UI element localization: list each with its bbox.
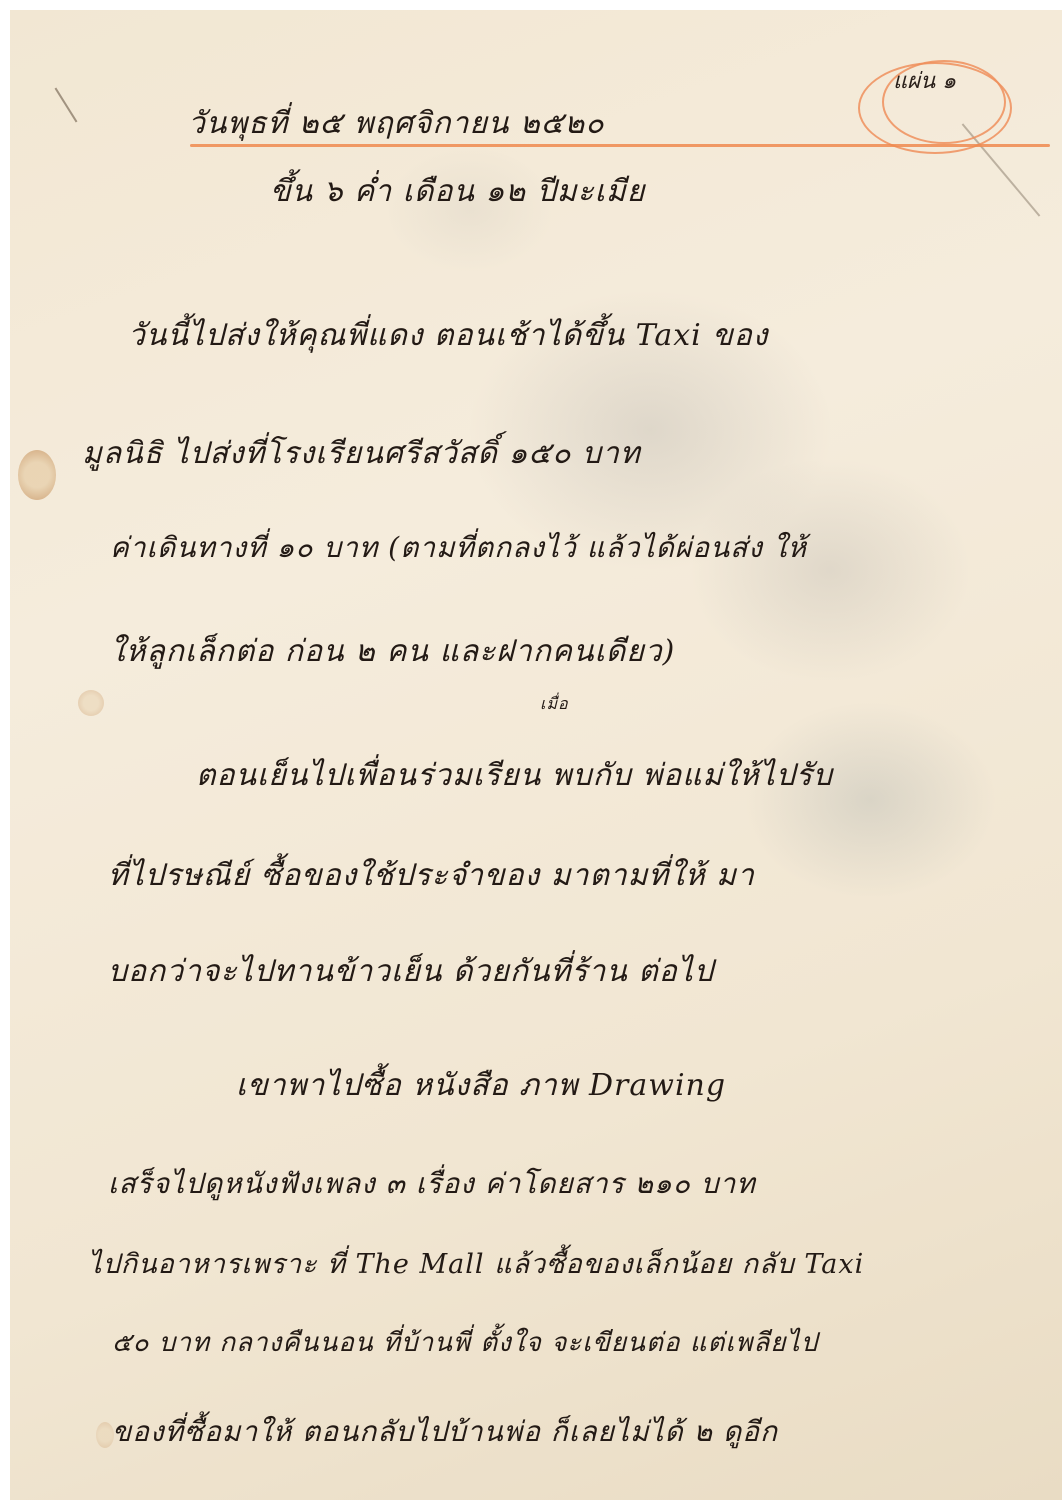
page-marker: แผ่น ๑ — [893, 63, 956, 98]
text-line-5: ตอนเย็นไปเพื่อนร่วมเรียน พบกับ พ่อแม่ให้… — [196, 752, 833, 799]
text-line-12: ของที่ซื้อมาให้ ตอนกลับไปบ้านพ่อ ก็เลยไม… — [112, 1410, 778, 1454]
text-line-9: เสร็จไปดูหนังฟังเพลง ๓ เรื่อง ค่าโดยสาร … — [108, 1162, 756, 1206]
text-line-4: ให้ลูกเล็กต่อ ก่อน ๒ คน และฝากคนเดียว) — [110, 628, 675, 675]
heading-underline — [190, 144, 1050, 147]
text-line-7: บอกว่าจะไปทานข้าวเย็น ด้วยกันที่ร้าน ต่อ… — [108, 948, 714, 995]
text-line-3: ค่าเดินทางที่ ๑๐ บาท (ตามที่ตกลงไว้ แล้ว… — [110, 526, 807, 570]
text-line-6: ที่ไปรษณีย์ ซื้อของใช้ประจำของ มาตามที่ใ… — [108, 852, 755, 899]
heading-date: วันพุธที่ ๒๕ พฤศจิกายน ๒๕๒๐ — [188, 100, 605, 147]
text-line-1: วันนี้ไปส่งให้คุณพี่แดง ตอนเช้าได้ขึ้น T… — [128, 312, 768, 359]
text-line-10: ไปกินอาหารเพราะ ที่ The Mall แล้วซื้อของ… — [88, 1242, 864, 1285]
text-line-2: มูลนิธิ ไปส่งที่โรงเรียนศรีสวัสดิ์ ๑๕๐ บ… — [82, 430, 641, 477]
coffee-stain-small — [78, 690, 104, 716]
text-line-11: ๕๐ บาท กลางคืนนอน ที่บ้านพี่ ตั้งใจ จะเข… — [112, 1322, 818, 1363]
heading-subtitle: ขึ้น ๖ ค่ำ เดือน ๑๒ ปีมะเมีย — [270, 168, 645, 215]
coffee-stain — [18, 450, 56, 500]
text-line-8: เขาพาไปซื้อ หนังสือ ภาพ Drawing — [236, 1062, 726, 1109]
text-line-insert: เมื่อ — [540, 692, 569, 717]
